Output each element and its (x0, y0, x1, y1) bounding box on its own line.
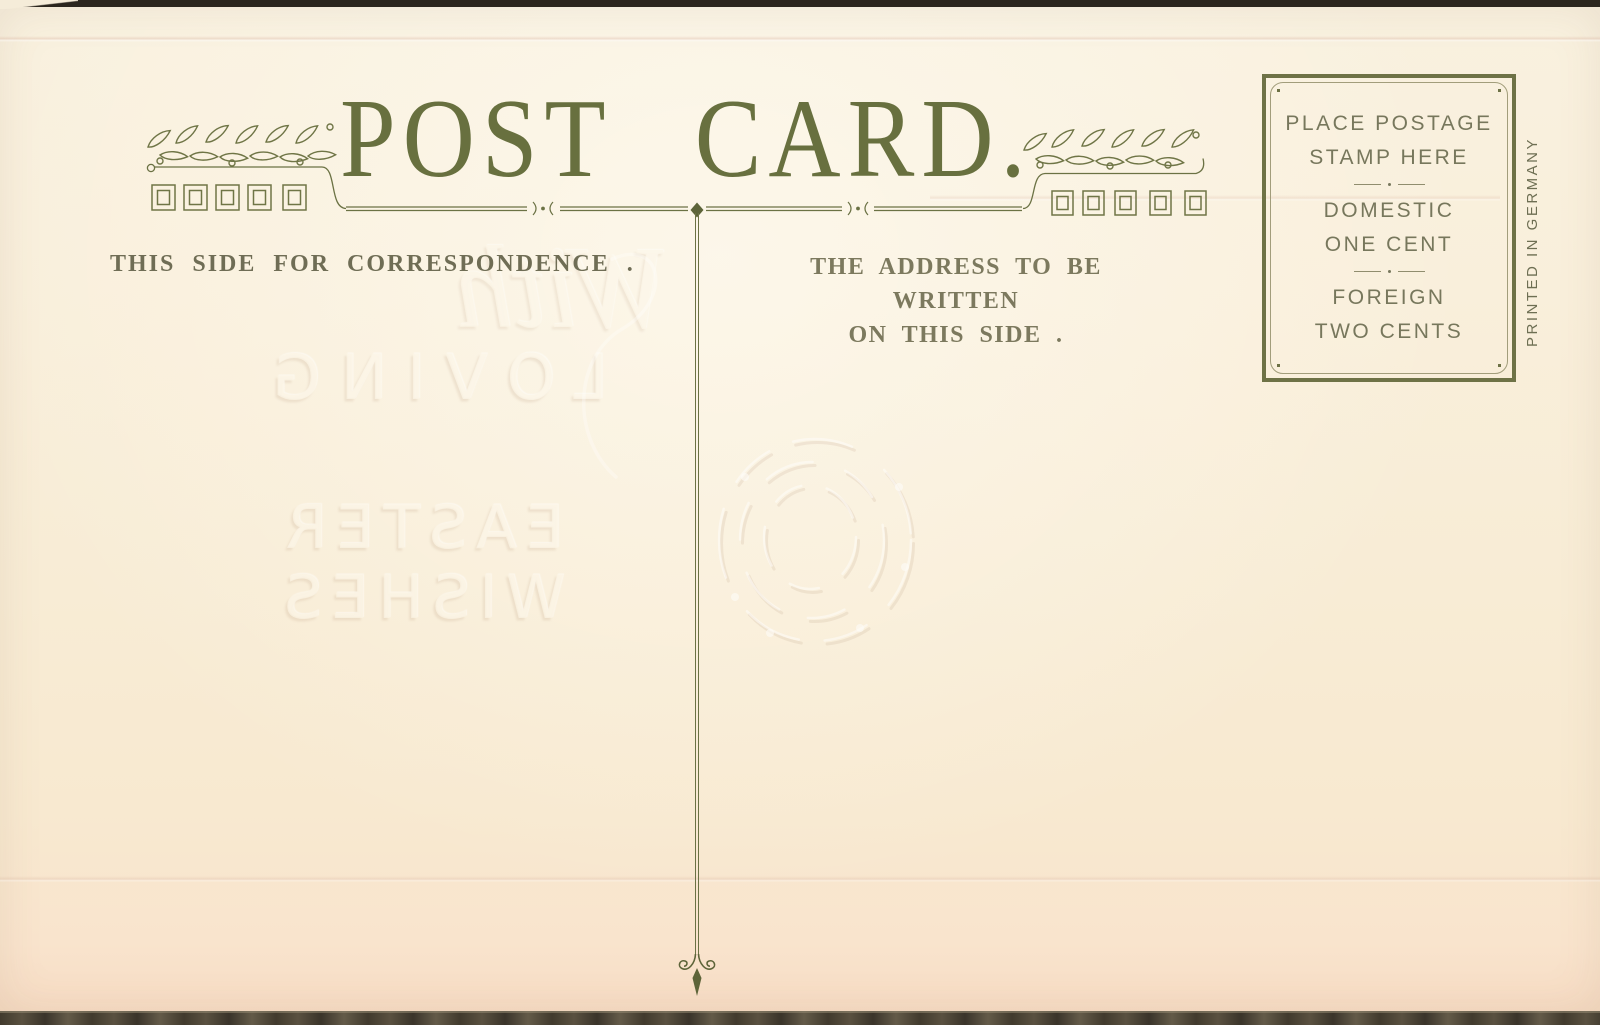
scroll-line-right (1023, 159, 1204, 209)
postage-stamp-box-inner: PLACE POSTAGE STAMP HERE DOMESTIC ONE CE… (1270, 82, 1508, 374)
embossed-text-mirrored: EASTER WISHES (122, 493, 718, 633)
laurel-ornament-left (145, 124, 336, 166)
stamp-rate-line: DOMESTIC (1324, 194, 1455, 228)
header-rule (346, 202, 1022, 215)
scan-edge-bottom (0, 1011, 1600, 1025)
embossed-text-mirrored: With (448, 229, 678, 347)
address-note: THE ADDRESS TO BE WRITTEN ON THIS SIDE . (756, 250, 1156, 352)
stamp-corner-dot (1498, 364, 1501, 367)
divider-dash (1354, 271, 1381, 272)
divider-dot (1388, 270, 1391, 273)
stamp-rate-line: ONE CENT (1325, 228, 1454, 262)
address-note-line1: THE ADDRESS TO BE WRITTEN (756, 250, 1156, 318)
divider-dash (1398, 271, 1425, 272)
scroll-line-left (147, 164, 346, 208)
embossed-text-mirrored: LOVING (205, 341, 655, 414)
laurel-ornament-right (1021, 128, 1199, 170)
divider-finial-drop (693, 968, 702, 996)
printed-in-germany-label: PRINTED IN GERMANY (1524, 115, 1541, 347)
postage-stamp-box: PLACE POSTAGE STAMP HERE DOMESTIC ONE CE… (1262, 74, 1516, 382)
divider-ornament (1354, 270, 1425, 273)
paper-crease (0, 876, 1600, 882)
address-note-line2: ON THIS SIDE . (756, 318, 1156, 352)
divider-dot (1388, 183, 1391, 186)
stamp-corner-dot (1277, 364, 1280, 367)
header-rule-dots (541, 207, 860, 211)
stamp-instruction-line: STAMP HERE (1309, 141, 1469, 175)
card-corner-edge (0, 0, 78, 9)
divider-dash (1354, 184, 1381, 185)
correspondence-note: THIS SIDE FOR CORRESPONDENCE . (110, 250, 635, 279)
stamp-instruction-line: PLACE POSTAGE (1285, 107, 1492, 141)
stamp-rate-line: FOREIGN (1332, 281, 1445, 315)
paper-crease (0, 36, 1600, 42)
squares-ornament-left (152, 185, 306, 210)
stamp-rate-line: TWO CENTS (1315, 315, 1464, 349)
vertical-divider (696, 213, 699, 954)
postcard-back: With LOVING EASTER WISHES POST CARD. THI… (0, 7, 1600, 1013)
postcard-title: POST CARD. (340, 83, 1030, 195)
divider-ornament (1354, 183, 1425, 186)
divider-dash (1398, 184, 1425, 185)
stamp-corner-dot (1277, 89, 1280, 92)
squares-ornament-right (1052, 191, 1206, 215)
postcard-scan: With LOVING EASTER WISHES POST CARD. THI… (0, 0, 1600, 1025)
center-diamond (691, 203, 704, 218)
stamp-corner-dot (1498, 89, 1501, 92)
divider-finial (679, 954, 714, 969)
